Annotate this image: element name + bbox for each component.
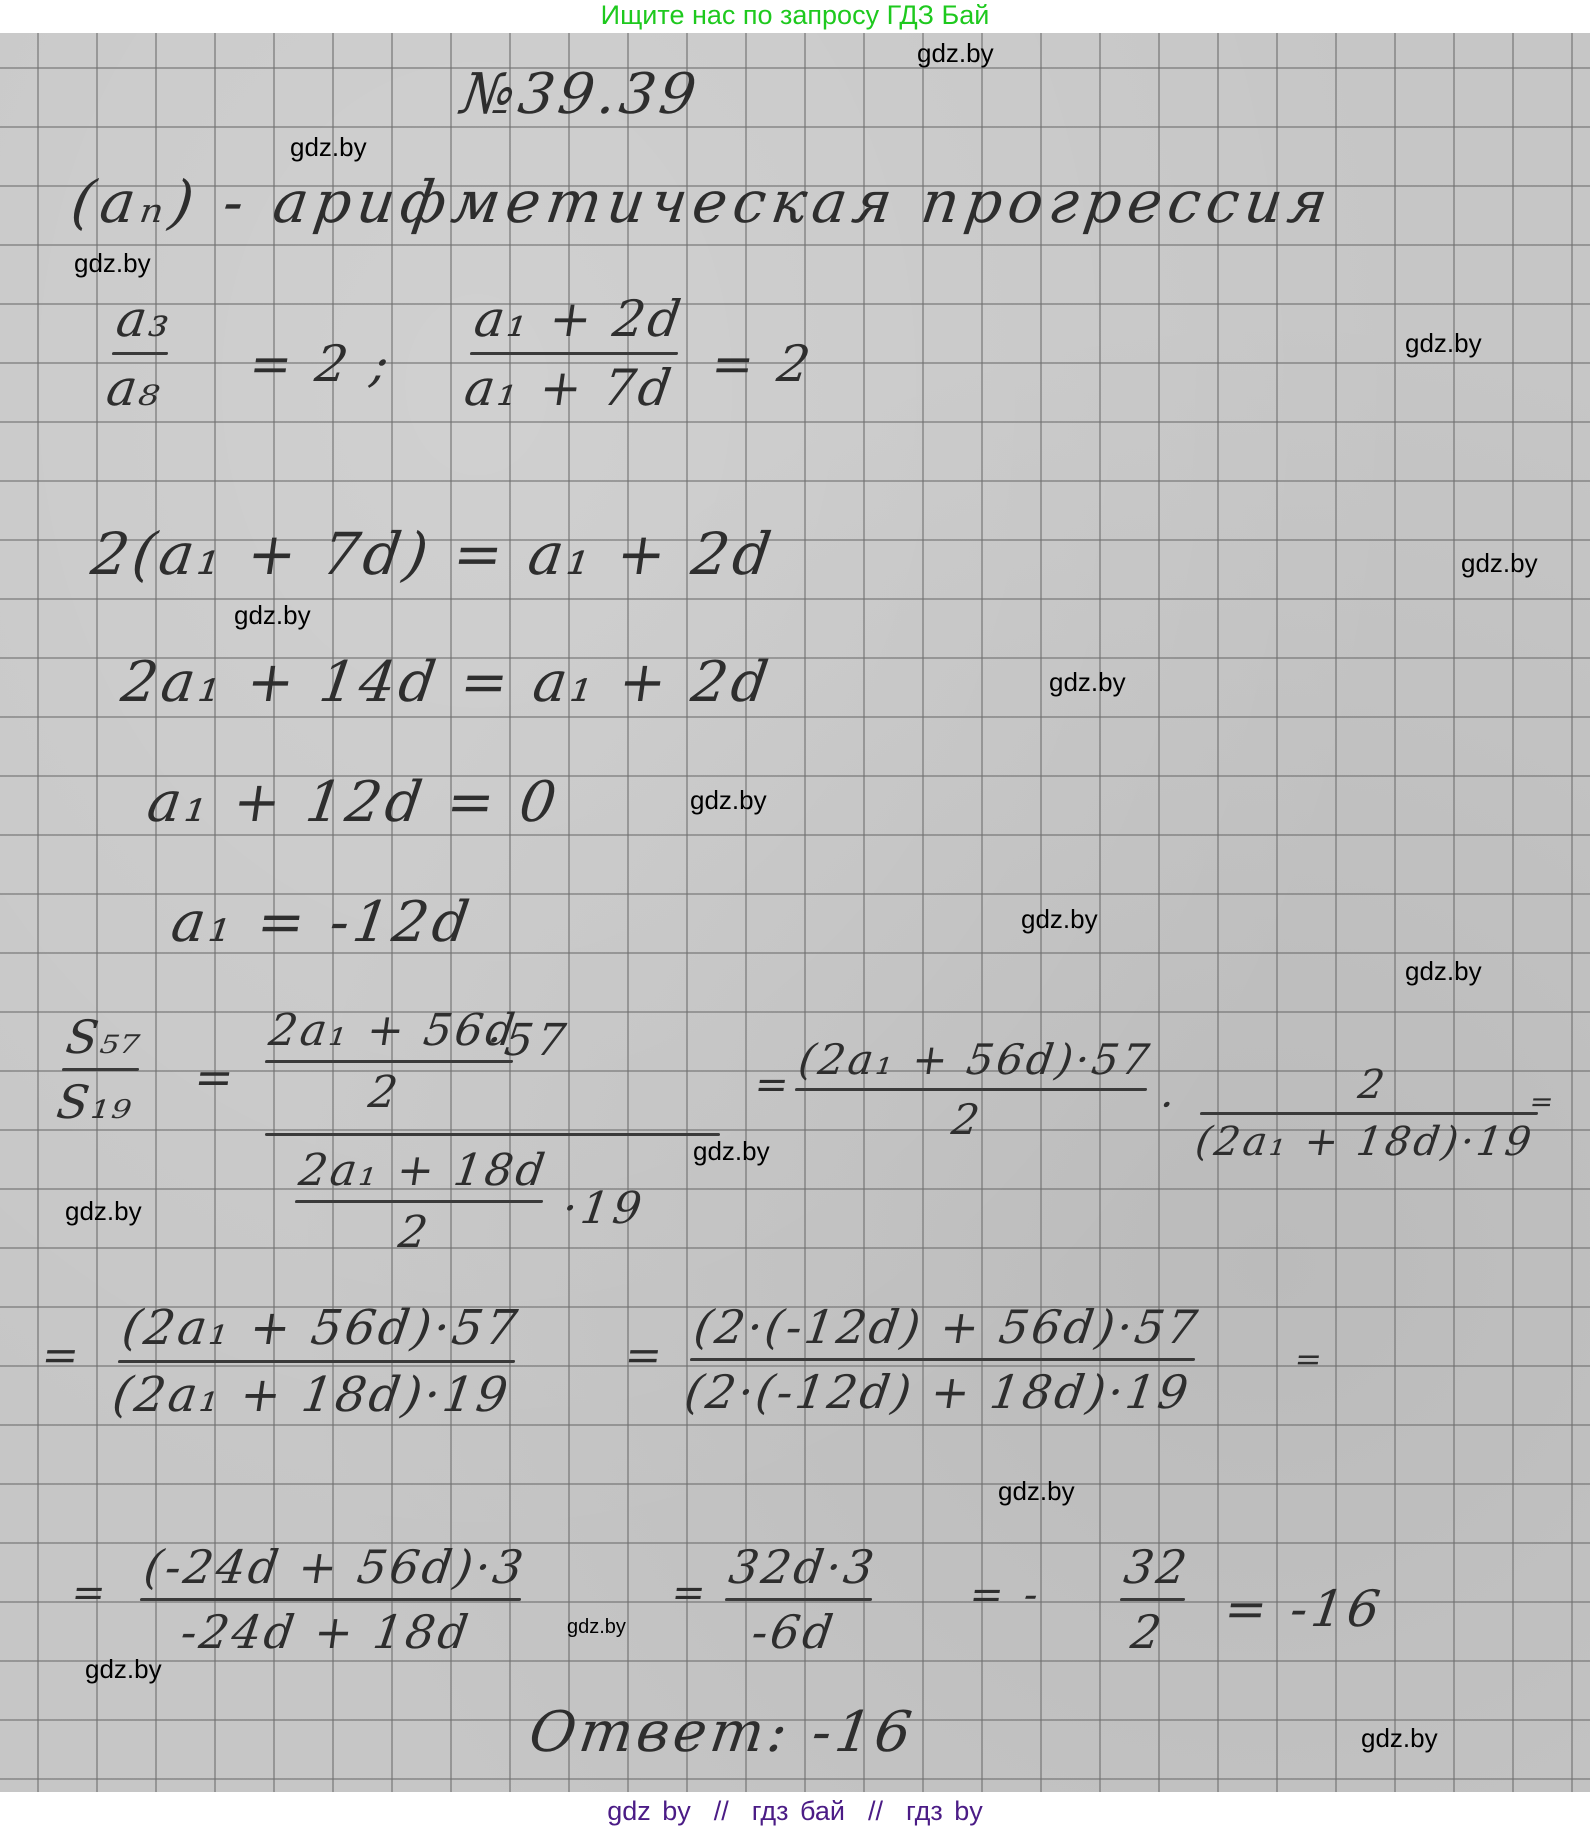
rewrite-fraction-2: 2 (2a₁ + 18d)·19: [1193, 1062, 1545, 1165]
top-banner: Ищите нас по запросу ГДЗ Бай: [0, 0, 1590, 32]
substituted-sum-fraction: (2·(-12d) + 56d)·57 (2·(-12d) + 18d)·19: [682, 1300, 1204, 1419]
watermark: gdz.by: [85, 1654, 162, 1685]
calc2-denominator: -6d: [748, 1605, 839, 1659]
watermark: gdz.by: [1461, 548, 1538, 579]
s19-multiplier: ·19: [559, 1183, 648, 1234]
calc3-numerator: 32: [1121, 1540, 1193, 1594]
problem-statement: (aₙ) - арифметическая прогрессия: [67, 168, 1337, 236]
equals-sign: =: [38, 1330, 86, 1381]
s19-formula: 2a₁ + 18d 2: [287, 1145, 551, 1258]
watermark: gdz.by: [1361, 1723, 1438, 1754]
watermark: gdz.by: [290, 132, 367, 163]
subst-numerator: a₁ + 2d: [471, 290, 688, 348]
equals-sign: =: [69, 1570, 113, 1616]
rewrite-numerator: (2a₁ + 56d)·57: [796, 1035, 1155, 1084]
equals-sign: =: [752, 1062, 796, 1108]
fraction-bar: [62, 1068, 140, 1071]
fraction-bar: [118, 1360, 515, 1363]
given-denominator: a₈: [103, 359, 167, 417]
rewrite-denominator: 2: [949, 1095, 986, 1144]
watermark: gdz.by: [567, 1616, 626, 1639]
subst2-numerator: (2·(-12d) + 56d)·57: [691, 1300, 1204, 1354]
calc-numerator: (-24d + 56d)·3: [141, 1540, 530, 1594]
result-value: = -16: [1221, 1580, 1387, 1638]
watermark: gdz.by: [234, 600, 311, 631]
watermark: gdz.by: [1049, 667, 1126, 698]
s19-label: S₁₉: [54, 1075, 139, 1129]
watermark: gdz.by: [690, 785, 767, 816]
calc-fraction-1: (-24d + 56d)·3 -24d + 18d: [132, 1540, 530, 1659]
simp-denominator: (2a₁ + 18d)·19: [109, 1367, 514, 1423]
fraction-bar: [1120, 1598, 1185, 1601]
given-numerator: a₃: [113, 290, 177, 348]
s57-numerator: 2a₁ + 56d: [266, 1005, 521, 1056]
s57-label: S₅₇: [63, 1010, 148, 1064]
fraction-bar: [112, 352, 168, 355]
simp-numerator: (2a₁ + 56d)·57: [119, 1300, 524, 1356]
watermark: gdz.by: [693, 1136, 770, 1167]
equals-sign: =: [621, 1330, 669, 1381]
watermark: gdz.by: [998, 1476, 1075, 1507]
s19-denominator: 2: [395, 1207, 433, 1258]
watermark: gdz.by: [1021, 904, 1098, 935]
fraction-bar: [1200, 1112, 1538, 1115]
fraction-bar: [690, 1358, 1196, 1361]
step-2: 2a₁ + 14d = a₁ + 2d: [117, 650, 776, 715]
step-1: 2(a₁ + 7d) = a₁ + 2d: [87, 520, 779, 588]
subst2-denominator: (2·(-12d) + 18d)·19: [682, 1365, 1195, 1419]
fraction-bar: [725, 1598, 872, 1601]
watermark: gdz.by: [1405, 328, 1482, 359]
equals-sign: =: [1528, 1085, 1560, 1118]
site-names-text: gdz by // гдз бай // гдз by: [607, 1796, 983, 1826]
bottom-banner: gdz by // гдз бай // гдз by: [0, 1792, 1590, 1829]
watermark: gdz.by: [65, 1196, 142, 1227]
step-3: a₁ + 12d = 0: [143, 770, 564, 835]
rewrite2-numerator: 2: [1355, 1062, 1390, 1108]
simplified-fraction: (2a₁ + 56d)·57 (2a₁ + 18d)·19: [109, 1300, 523, 1423]
answer: Ответ: -16: [525, 1700, 919, 1765]
calc2-numerator: 32d·3: [726, 1540, 880, 1594]
s57-denominator: 2: [365, 1067, 403, 1118]
given-equals: = 2 ;: [246, 335, 396, 393]
calc-fraction-2: 32d·3 -6d: [717, 1540, 881, 1659]
minus-prefix: = -: [967, 1572, 1045, 1618]
calc-denominator: -24d + 18d: [178, 1605, 475, 1659]
equals-sign: =: [669, 1570, 713, 1616]
s57-formula: 2a₁ + 56d 2: [257, 1005, 521, 1118]
fraction-bar: [470, 352, 679, 355]
fraction-bar: [795, 1088, 1148, 1091]
watermark: gdz.by: [1405, 956, 1482, 987]
fraction-bar: [295, 1200, 543, 1203]
step-4: a₁ = -12d: [167, 890, 477, 955]
rewrite2-denominator: (2a₁ + 18d)·19: [1193, 1119, 1537, 1165]
watermark: gdz.by: [917, 38, 994, 69]
search-hint-text: Ищите нас по запросу ГДЗ Бай: [601, 0, 990, 30]
s19-numerator: 2a₁ + 18d: [296, 1145, 551, 1196]
calc3-denominator: 2: [1128, 1605, 1168, 1659]
exercise-number: №39.39: [457, 62, 703, 127]
s57-multiplier: ·57: [483, 1015, 572, 1066]
equals-sign: =: [1292, 1340, 1328, 1378]
subst-denominator: a₁ + 7d: [461, 359, 678, 417]
main-fraction-bar: [265, 1133, 720, 1136]
subst-equals: = 2: [708, 335, 818, 393]
watermark: gdz.by: [74, 248, 151, 279]
rewrite-fraction-1: (2a₁ + 56d)·57 2: [787, 1035, 1155, 1144]
fraction-bar: [140, 1598, 521, 1601]
substituted-fraction: a₁ + 2d a₁ + 7d: [461, 290, 687, 417]
equals-sign: =: [191, 1050, 241, 1104]
fraction-bar: [265, 1060, 513, 1063]
